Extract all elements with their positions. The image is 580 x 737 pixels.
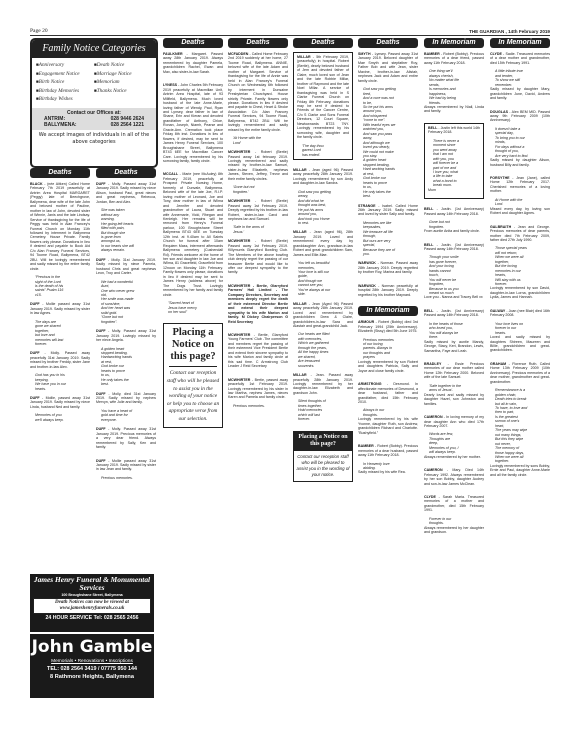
notice-text: BRADLEY - Essie Precious memories of our… — [424, 362, 484, 380]
notice-body: - Mollie passed away 31st January 2019. … — [96, 459, 156, 472]
notice-text: GALBRAITH - Jean and George. Precious me… — [490, 225, 550, 243]
placing-notice-box: Placing a Notice on this page? Contact o… — [163, 323, 223, 427]
section-header-deaths: Deaths — [163, 38, 223, 48]
notice-surname: DUFF — [96, 258, 106, 262]
notice-verse: Our hearts are filled with memories, Whi… — [293, 332, 353, 368]
column-8: In Memoriam CLYDE - Sadie. Treasured mem… — [490, 38, 550, 486]
section-header-deaths: Deaths — [30, 168, 90, 178]
notice-verse: One thing we'll always cherish, No matte… — [424, 69, 484, 105]
notice-verse: It doesn't take a special day, To bring … — [490, 127, 550, 158]
notice-surname: GRAHAM — [490, 362, 506, 366]
notice-verse: God has you in his keeping, We have you … — [30, 373, 90, 391]
notice-surname: STRANGE — [358, 204, 376, 208]
advert-address: 100 Broughshane Street, Ballymena — [30, 593, 154, 597]
notice: BAMBER - Robert (Bobby). Precious memori… — [424, 52, 484, 114]
notice-surname: MILLAR — [293, 373, 307, 377]
column-7: In Memoriam BAMBER - Robert (Bobby). Pre… — [424, 38, 484, 544]
notice-body: - Marie (nee McAuley) 8th February 2019,… — [163, 172, 223, 296]
section-header-in-memoriam: In Memoriam — [490, 38, 550, 48]
notice-body: - Justin. (1st Anniversary) Passed away … — [424, 309, 484, 317]
notice-text: CAMERON - In loving memory of my dear da… — [424, 415, 484, 428]
notice-surname: MCWHIRTER — [228, 150, 250, 154]
advert-title: James Henry Funeral & Monumental Service… — [30, 574, 154, 592]
notice-signoff: Sadly missed by his wife Rea. — [358, 470, 418, 474]
column-3: Deaths FAULKNER - Margaret. Passed away … — [163, 38, 223, 428]
column-5: Deaths MILLAR - 5th February 2019, (peac… — [293, 38, 353, 482]
notice-surname: BAMBER — [424, 52, 440, 56]
notice-verse: In Heavenly love abiding. — [358, 462, 418, 471]
section-header-deaths: Deaths — [358, 38, 418, 48]
notice-surname: DUFF — [30, 351, 40, 355]
notice-verse: At Home with the Lord. — [490, 198, 550, 207]
notice-verse: 'The day thou gavest Lord has ended'. — [297, 144, 349, 157]
notice-text: MCWHIRTER - Robert (Bertie) Passed away … — [228, 199, 288, 221]
column-6: Deaths SMYTH - Lynsey. Passed away 31st … — [358, 38, 418, 484]
section-header-deaths: Deaths — [96, 168, 156, 178]
notice-verse: Those special years will not return, Whe… — [490, 246, 550, 286]
notice-verse: In the hearts of those who loved you, Yo… — [424, 322, 484, 340]
notice-verse: 'At Home with the Lord' — [228, 136, 288, 145]
notice-verse: Remembrance is a golden chain, Death tri… — [490, 388, 550, 464]
notice-verse: Words are few, Thoughts are deep, Memori… — [424, 432, 484, 454]
notice: FORSYTHE - Jean (Jane), called Home 12th… — [490, 176, 550, 216]
notice: DUFF - Mollie passed away 31st January 2… — [30, 302, 90, 346]
notice-text: BELL - Justin. (1st Anniversary) Passed … — [424, 309, 484, 318]
advert-web-box: Death Notices can now be viewed at www.j… — [33, 598, 151, 614]
notice-signoff: Lovingly remembered by son David, daught… — [490, 286, 550, 299]
notice-body: - Jean (Aged 96) Passed away peacefully … — [293, 302, 353, 328]
placing-notice-body: Contact our reception staff who will be … — [294, 451, 352, 481]
notice-signoff: Love you - Nanna and Tracey Bell xx — [424, 295, 484, 299]
notice-surname: WARWICK — [358, 261, 376, 265]
notice: DUFF - Mollie passed away 31st January 2… — [96, 459, 156, 481]
notice-signoff: Always remembered by her mother. — [424, 455, 484, 459]
notice-verse: Though your smile has gone forever, And … — [424, 255, 484, 295]
notice-surname: MCWHIRTER — [228, 199, 250, 203]
notice-verse: "Sacred heart of Jesus have mercy on her… — [163, 301, 223, 314]
notice-body: - Robert (Bertie) Passed away 1st Februa… — [228, 239, 288, 274]
notice-body: - Justin. (1st Anniversary) Passed away … — [424, 207, 484, 215]
notice: BAMBER - Robert (Bobby). Precious memori… — [358, 444, 418, 475]
notice-text: DUFF - Mollie passed away 31st January 2… — [30, 302, 90, 315]
notice-surname: LYNESS — [163, 83, 177, 87]
notice: DUFF - Molly. Passed away peacefully 31s… — [30, 351, 90, 391]
notice-signoff: Sadly missed by auntie Mandy, George, St… — [424, 340, 484, 353]
notice-text: MCWHIRTER - Robert (Bertie) Passed away … — [228, 150, 288, 181]
notice-text: LYNESS - John Charles 5th February 2019 … — [163, 83, 223, 163]
notice-signoff: Always remembered by her daughter and gr… — [424, 526, 484, 535]
notice-surname: CLYDE — [490, 52, 502, 56]
james-henry-advert: James Henry Funeral & Monumental Service… — [30, 574, 154, 632]
notice-text: MCFADDEN - Called Home February 2nd 2019… — [228, 52, 288, 132]
notice-verse: 'Gone but not forgotten.' — [228, 185, 288, 194]
notice-surname: BRADLEY — [424, 362, 441, 366]
notice-text: ARMOUR - Robert (Bobby) died 3rd Februar… — [358, 320, 418, 333]
notice: MILLAR - Jean (aged 96), 28th January 20… — [293, 230, 353, 296]
notice-surname: BELL — [424, 207, 433, 211]
notice-verse: 'Safe together in the arms of Jesus'. — [424, 384, 484, 393]
notice-verse: Precious memories of our loving parents.… — [358, 338, 418, 360]
notice-surname: FORSYTHE — [490, 176, 510, 180]
notice: MCWHIRTER - Robert (Bertie) Passed away … — [228, 239, 288, 275]
advert-name: John Gamble — [30, 634, 154, 658]
notice-text: DUFF - Mollie passed away 31st January 2… — [96, 459, 156, 472]
notice: CAMERON - In loving memory of my dear da… — [424, 415, 484, 459]
notice-text: CLYDE - Sarah Maria. Treasured memories … — [424, 495, 484, 513]
notice-text: WARWICK - Norman peacefully at hospital … — [358, 284, 418, 297]
notice: MILLAR - Jean (Aged 96) Passed away peac… — [293, 302, 353, 368]
notice: BRADLEY - Essie Precious memories of our… — [424, 362, 484, 406]
notice-surname: DUFF — [30, 396, 40, 400]
advert-address: 8 Rathmore Heights, Ballymena — [30, 673, 154, 681]
notice-body: - Robert (Bertie) Passed away 1st februa… — [228, 150, 288, 181]
notice: DOUGLAS - Alex BEM MID. Passed away 9th … — [490, 110, 550, 167]
notice-text: ARMSTRONG - Desmond. In affectionate mem… — [358, 382, 418, 404]
notice-surname: ARMSTRONG — [358, 382, 382, 386]
notice-surname: DUFF — [30, 302, 40, 306]
notice-signoff: Loved and sadly missed by daughters Shir… — [490, 335, 550, 353]
notice-surname: DUFF — [96, 392, 106, 396]
notice-surname: DUFF — [96, 427, 106, 431]
notice: DUFF - Molly. 31st January 2019. Sadly m… — [96, 258, 156, 324]
notice: MILLAR - Jean. Passed away peacefully 28… — [293, 373, 353, 422]
notice-verse: A golden heart stopped beating, Hardwork… — [96, 347, 156, 387]
notice-surname: CLYDE — [424, 495, 436, 499]
notice: GALWAY - Joan (nee Blair) died 16th Febr… — [490, 309, 550, 353]
notice-surname: GALBRAITH — [490, 225, 511, 229]
notice-verse: Always in our thoughts. — [358, 408, 418, 417]
notice: DUFF - Molly, died 31st January 2019. Sa… — [96, 392, 156, 423]
notice-surname: CAMERON — [424, 468, 443, 472]
notice-text: FORSYTHE - Jean (Jane), called Home 12th… — [490, 176, 550, 194]
notice-body: - Bertie, Glarryford Young Farmers' Club… — [228, 333, 288, 368]
notice-text: DUFF - Molly. 31st January 2019. Sadly m… — [96, 258, 156, 276]
notice-verse: A little tribute true and tender, To sho… — [490, 69, 550, 87]
placing-notice-title: Placing a Notice on this page? — [169, 327, 217, 367]
notice-text: MILLAR - Jean (aged 96) Passed away peac… — [293, 168, 353, 186]
john-gamble-advert: John Gamble Memorials • Renovations • In… — [30, 634, 154, 698]
publication-date: THE GUARDIAN , 14th February 2019 — [469, 29, 550, 34]
notice-text: DOUGLAS - Alex BEM MID. Passed away 9th … — [490, 110, 550, 123]
notice: MCWHIRTER - Bertie, Glarryford Young Far… — [228, 333, 288, 369]
notice: MCWHIRTER - Robert (Bertie) Passed away … — [228, 199, 288, 234]
newspaper-page: Page 20 THE GUARDIAN , 14th February 201… — [30, 26, 550, 36]
notice-surname: SMYTH — [358, 52, 371, 56]
notice-signoff: Missed every day, by loving son Robert a… — [490, 207, 550, 216]
notice-text: MCWHIRTER - Bertie, Glarryford Farmers' … — [228, 284, 288, 324]
notice-surname: MCWHIRTER — [228, 333, 250, 337]
notice-text: MCWHIRTER - Robert (Bertie) Passed away … — [228, 239, 288, 275]
notice-text: DUFF - Molly, died 31st January 2019. Sa… — [96, 392, 156, 405]
notice-body: - 5th February 2019, (peacefully) in hos… — [297, 55, 349, 139]
notice-body: - (née Aitken) Called Home February 7th … — [30, 182, 90, 271]
notice-body: - Called Home February 2nd 2019 suddenly… — [228, 52, 288, 132]
notice: BELL - Justin. (1st Anniversary) Passed … — [424, 207, 484, 233]
notice: MCWHIRTER - Bertie, Glarryford Farmers' … — [228, 284, 288, 324]
notice-verse: Forever in our thoughts. — [424, 517, 484, 526]
section-header-in-memoriam: In Memoriam — [424, 38, 484, 48]
notice-text: DUFF - Molly. Passed away 31st January 2… — [96, 427, 156, 449]
notice: CAMERON - Mary. Died 14th February 1992.… — [424, 468, 484, 486]
notice-verse: You left us beautiful memories, Your lov… — [293, 261, 353, 297]
notice-verse: God saw you getting weary, And did what … — [293, 190, 353, 226]
notice-surname: MCWHIRTER — [228, 284, 250, 288]
column-2: Deaths DUFF - Molly. Passed away 31st Ja… — [96, 168, 156, 485]
notice-surname: CAMERON — [424, 415, 443, 419]
notice-signoff: Lovingly remembered by his wife Yvonne, … — [358, 417, 418, 435]
notice-text: MILLAR - Jean (Aged 96) Passed away peac… — [293, 302, 353, 329]
notice-body: - Molly. 31st January 2019. Sadly missed… — [96, 258, 156, 275]
notice-surname: MCFADDEN — [228, 52, 248, 56]
notice: STRANGE - Isabel. Called Home 26th Janua… — [358, 204, 418, 257]
notice-surname: MILLAR — [293, 168, 307, 172]
notice: GRAHAM - Florence Ruth. Called Home 13th… — [490, 362, 550, 477]
notice-surname: MCWHIRTER — [228, 239, 250, 243]
notice-body: - Jean (aged 96), 28th January 2019. Lov… — [293, 230, 353, 256]
notice-text: BLACK - (née Aitken) Called Home Februar… — [30, 182, 90, 271]
notice-text: MILLAR - Jean. Passed away peacefully 28… — [293, 373, 353, 395]
notice-text: DUFF - Molly. Passed away peacefully 31s… — [30, 351, 90, 369]
notice-signoff: Lovingly remembered by son Robert and da… — [358, 360, 418, 373]
notice-body: - Molly. Passed away 31st January 2019. … — [96, 329, 156, 342]
notice-body: - Molly. Passed away peacefully 31st Jan… — [30, 351, 90, 368]
notice-verse: 'Safe in the arms of Jesus.' — [228, 225, 288, 234]
notice-text: GALWAY - Joan (nee Blair) died 16th Febr… — [490, 309, 550, 318]
notice: MCWHIRTER - Robert (Bertie) Passed away … — [228, 150, 288, 194]
notice-surname: BLACK — [30, 182, 43, 186]
notice-text: MCWHIRTER - Bertie, Glarryford Young Far… — [228, 333, 288, 369]
notice: BLACK - (née Aitken) Called Home Februar… — [30, 182, 90, 297]
notice-body: - Lynsey. Passed away 31st January 2019.… — [358, 52, 418, 83]
notice-verse: Your love lives on forever in our hearts… — [490, 322, 550, 335]
advert-tel: TEL: 028 2564 3419 / 07775 950 144 — [30, 665, 154, 673]
notice-text: WARWICK - Norman. Passed away 28th Janua… — [358, 261, 418, 274]
advert-web-link[interactable]: www.jameshenryfunerals.co.uk — [34, 606, 150, 612]
column-1: Deaths BLACK - (née Aitken) Called Home … — [30, 168, 90, 427]
column-4: Deaths MCFADDEN - Called Home February 2… — [228, 38, 288, 413]
notice: DUFF - Molly. Passed away 31st January 2… — [96, 427, 156, 449]
notice-text: GRAHAM - Florence Ruth. Called Home 13th… — [490, 362, 550, 384]
notice-surname: ARMOUR — [358, 320, 374, 324]
notice-text: MILLAR - 5th February 2019, (peacefully)… — [297, 55, 349, 140]
notice-text: MCWHIRTER - Bertie, passed away peaceful… — [228, 378, 288, 400]
notice-surname: DUFF — [96, 459, 106, 463]
notice: DUFF - Molly. Passed away 31st January 2… — [96, 182, 156, 253]
notice-verse: Memories of you we'll always keep. — [30, 413, 90, 422]
section-header-in-memoriam: In Memoriam — [358, 306, 418, 316]
notice-body: - Mollie, passed away 31st January 2019.… — [30, 396, 90, 409]
notice-signoff: Sadly missed by daughter Alison, husband… — [490, 158, 550, 167]
notice: DUFF - Mollie, passed away 31st January … — [30, 396, 90, 422]
notice: DUFF - Molly. Passed away 31st January 2… — [96, 329, 156, 386]
notice: BELL - Justin. (1st Anniversary) Passed … — [424, 309, 484, 353]
notice: MCWHIRTER - Bertie, passed away peaceful… — [228, 378, 288, 409]
notice-text: MILLAR - Jean (aged 96), 28th January 20… — [293, 230, 353, 257]
notice-body: - Justin. (1st Anniversary) Passed away … — [424, 243, 484, 251]
notice-verse: God saw you getting tired, And a cure wa… — [358, 87, 418, 198]
notice-text: BELL - Justin. (1st Anniversary) Passed … — [424, 207, 484, 216]
notice-body: - Molly. Passed away 31st January 2019. … — [96, 427, 156, 449]
page-number: Page 20 — [30, 28, 48, 34]
notice: MCFADDEN - Called Home February 2nd 2019… — [228, 52, 288, 145]
notice: LYNESS - John Charles 5th February 2019 … — [163, 83, 223, 163]
notice-surname: BAMBER — [358, 444, 374, 448]
notice: MCCALL - Marie (nee McAuley) 8th Februar… — [163, 172, 223, 314]
notice-surname: DUFF — [96, 182, 106, 186]
notice: CLYDE - Sarah Maria. Treasured memories … — [424, 495, 484, 535]
notice-surname: FAULKNER — [163, 52, 183, 56]
notice: FAULKNER - Margaret. Passed away 28th Ja… — [163, 52, 223, 74]
notice-body: - Mollie passed away 31st January 2019. … — [30, 302, 90, 315]
notice-surname: MILLAR — [297, 55, 311, 59]
notice-text: DUFF - Mollie, passed away 31st January … — [30, 396, 90, 409]
notice-signoff: Dearly loved and sadly missed by daughte… — [424, 393, 484, 406]
notice-surname: DUFF — [96, 329, 106, 333]
notice: SMYTH - Lynsey. Passed away 31st January… — [358, 52, 418, 199]
notice-text: FAULKNER - Margaret. Passed away 28th Ja… — [163, 52, 223, 74]
notice-text: STRANGE - Isabel. Called Home 26th Janua… — [358, 204, 418, 217]
notice-surname: DOUGLAS — [490, 110, 508, 114]
notice-body: - Molly, died 31st January 2019. Sadly m… — [96, 392, 156, 405]
notice-verse: There is never a moment since you went a… — [428, 139, 480, 188]
notice: CLYDE - Sadie. Treasured memories of a d… — [490, 52, 550, 101]
notice: GALBRAITH - Jean and George. Precious me… — [490, 225, 550, 300]
notice-verse: Memories are like keepsakes, We treasure… — [358, 221, 418, 257]
notice-verse: Silent thoughts of times together, Hold … — [293, 399, 353, 421]
notice-surname: MCCALL — [163, 172, 178, 176]
notice-signoff: Mum — [428, 188, 480, 192]
notice-columns: Deaths BLACK - (née Aitken) Called Home … — [30, 38, 550, 737]
notice-signoff: From auntie Anita and family circle. — [424, 229, 484, 233]
notice-text: SMYTH - Lynsey. Passed away 31st January… — [358, 52, 418, 83]
notice-body: - Molly. Passed away 31st January 2019. … — [96, 182, 156, 204]
notice-surname: BELL — [424, 309, 433, 313]
masthead: Page 20 THE GUARDIAN , 14th February 201… — [30, 26, 550, 36]
notice-surname: MILLAR — [293, 302, 307, 306]
notice: ARMSTRONG - Desmond. In affectionate mem… — [358, 382, 418, 435]
notice: BELL - Justin. (1st Anniversary) Passed … — [424, 243, 484, 300]
notice: WARWICK - Norman peacefully at hospital … — [358, 284, 418, 297]
notice-verse: "Precious in the sight of the Lord is th… — [30, 275, 90, 297]
notice-text: DUFF - Molly. Passed away 31st January 2… — [96, 182, 156, 204]
advert-service-tel: 24 HOUR SERVICE Tel: 028 2565 2456 — [30, 615, 154, 622]
notice: MILLAR - Jean (aged 96) Passed away peac… — [293, 168, 353, 225]
notice-surname: MCWHIRTER — [228, 378, 250, 382]
notice-surname: BELL — [428, 126, 437, 130]
notice-surname: BELL — [424, 243, 433, 247]
placing-notice-box-small: Placing a Notice on this page? Contact o… — [293, 431, 353, 482]
notice-signoff: Lovingly remembered by sons Bobby, Ernie… — [490, 464, 550, 477]
notice-text: BAMBER - Robert (Bobby). Precious memori… — [424, 52, 484, 65]
notice-verse: You have a heart of gold and time for ev… — [96, 409, 156, 422]
notice-text: BAMBER - Robert (Bobby). Precious memori… — [358, 444, 418, 457]
notice-verse: The days are gone we shared together, bu… — [30, 320, 90, 347]
notice-signoff: Sadly missed by daughter Mary, grandchil… — [490, 87, 550, 100]
notice-surname: GALWAY — [490, 309, 505, 313]
notice-text: DUFF - Molly. Passed away 31st January 2… — [96, 329, 156, 342]
notice-text: BELL - Justin left this world 14th Febru… — [428, 126, 480, 135]
notice: WARWICK - Norman. Passed away 28th Janua… — [358, 261, 418, 274]
notice: BELL - Justin left this world 14th Febru… — [424, 123, 484, 199]
notice-surname: WARWICK — [358, 284, 376, 288]
placing-notice-body: Contact our reception staff who will be … — [166, 370, 220, 423]
notice: ARMOUR - Robert (Bobby) died 3rd Februar… — [358, 320, 418, 373]
notice-surname: MILLAR — [293, 230, 307, 234]
notice-text: CLYDE - Sadie. Treasured memories of a d… — [490, 52, 550, 65]
notice-text: BELL - Justin. (1st Anniversary) Passed … — [424, 243, 484, 252]
section-header-deaths: Deaths — [228, 38, 288, 48]
section-header-deaths: Deaths — [293, 38, 353, 48]
notice-text: MCCALL - Marie (nee McAuley) 8th Februar… — [163, 172, 223, 297]
notice-text: CAMERON - Mary. Died 14th February 1992.… — [424, 468, 484, 486]
notice-body: - John Charles 5th February 2019 peacefu… — [163, 83, 223, 163]
notice-verse: We had a wonderful Aunt, One who never g… — [96, 280, 156, 325]
advert-services: Memorials • Renovations • Inscriptions — [30, 658, 154, 665]
notice-body: - Bertie, Glarryford Farmers' Hall Limit… — [228, 284, 288, 324]
placing-notice-title: Placing a Notice on this page? — [294, 432, 352, 451]
notice: MILLAR - 5th February 2019, (peacefully)… — [293, 52, 353, 160]
notice-signoff: Always remembered by Niall, Linda and fa… — [424, 105, 484, 114]
notice-verse: Gone but not forgotten. — [424, 220, 484, 229]
notice-verse: She was taken without any warning, Her g… — [96, 208, 156, 253]
